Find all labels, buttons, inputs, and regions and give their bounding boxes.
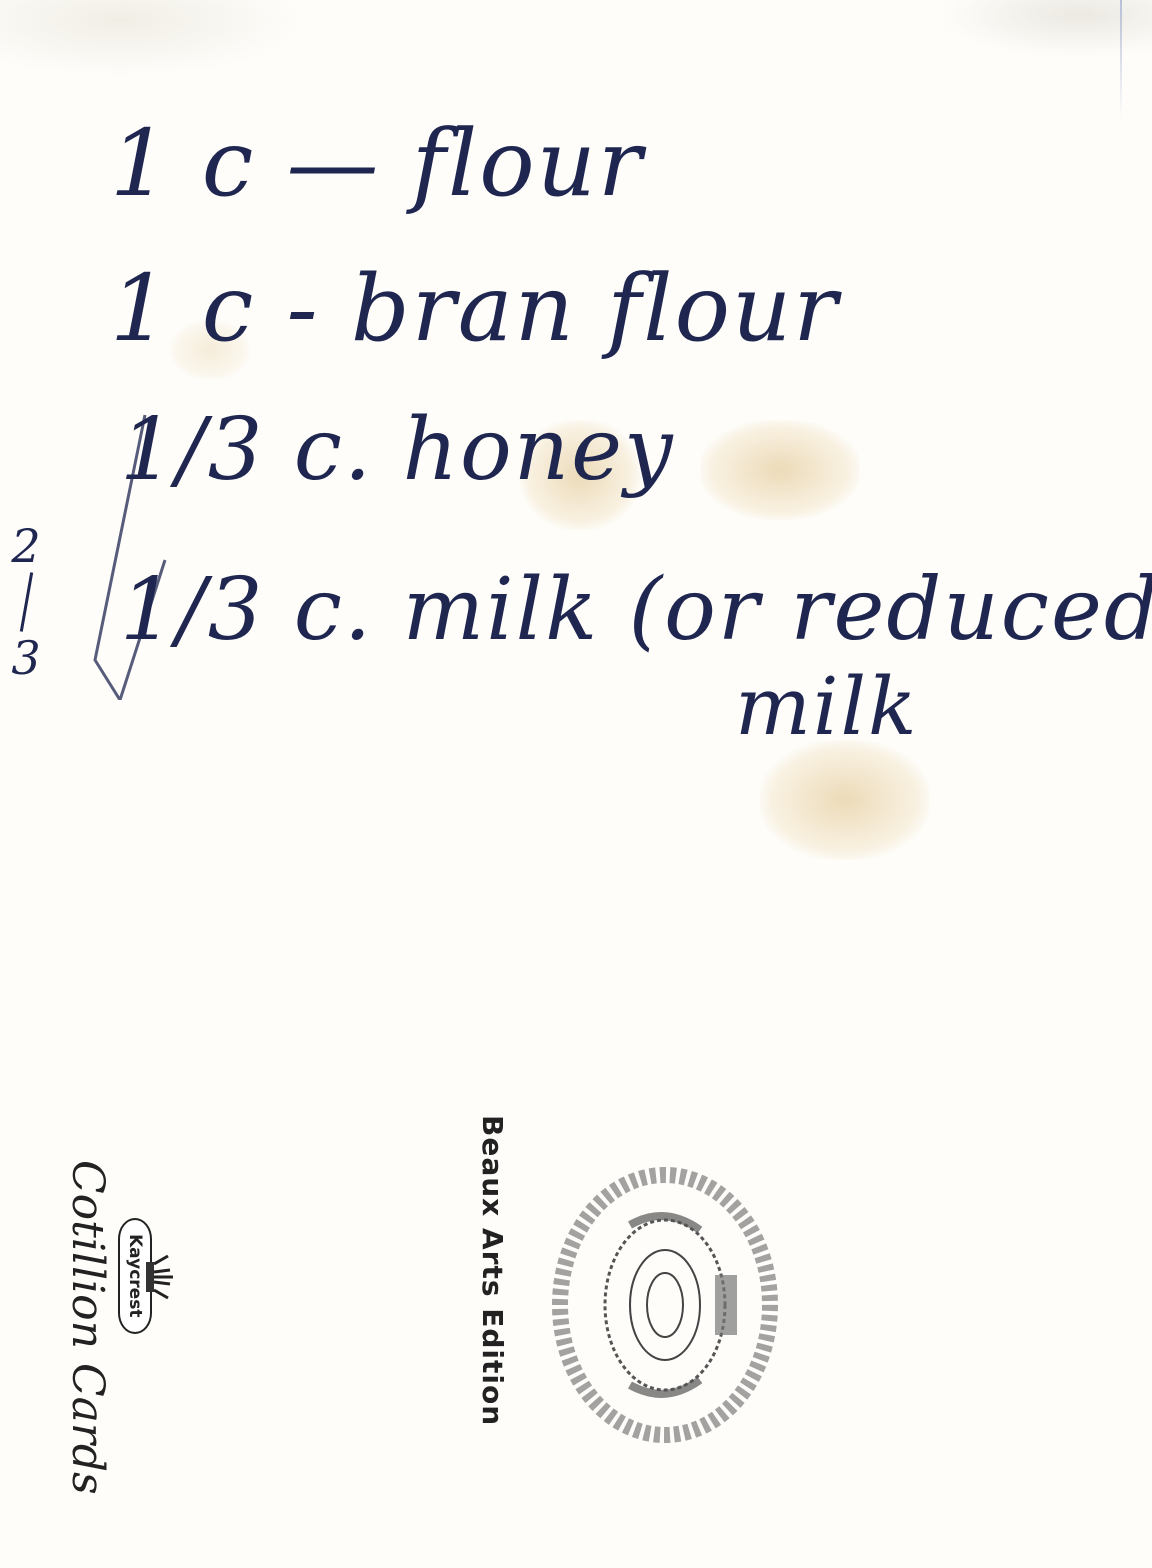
- crown-icon: [146, 1252, 174, 1302]
- recipe-line-milk-cont: milk: [735, 660, 919, 753]
- crest-wreath-icon: [540, 1155, 790, 1455]
- kaycrest-label: Kaycrest: [125, 1234, 145, 1317]
- margin-note-denominator: 3: [11, 631, 40, 685]
- recipe-line-bran-flour: 1 c - bran flour: [110, 255, 839, 362]
- recipe-card: 1 c — flour 1 c - bran flour 1/3 c. hone…: [0, 0, 1152, 1568]
- margin-note-fraction: 2 3: [6, 520, 46, 684]
- recipe-line-milk: 1/3 c. milk (or reduced: [120, 560, 1152, 660]
- bracket-mark: [55, 410, 205, 700]
- edition-label: Beaux Arts Edition: [476, 1115, 509, 1426]
- fraction-bar: [19, 572, 32, 632]
- margin-note-numerator: 2: [11, 519, 40, 573]
- card-edge: [1120, 0, 1122, 120]
- recipe-line-flour: 1 c — flour: [110, 110, 644, 217]
- stain: [760, 740, 930, 860]
- brand-script: Cotillion Cards: [62, 1160, 113, 1495]
- stain: [700, 420, 860, 520]
